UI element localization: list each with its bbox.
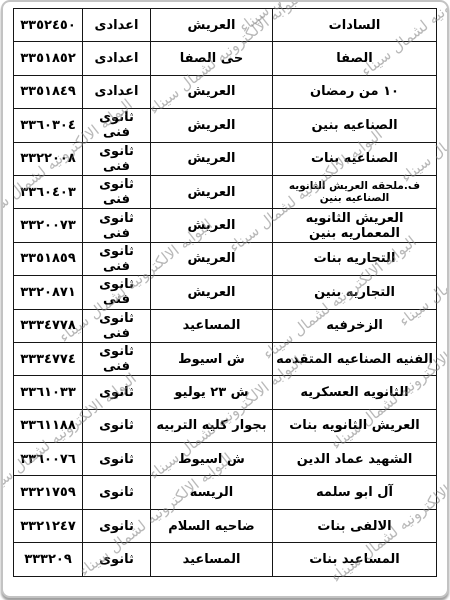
school-phone-cell: ٣٣٥٢٤٥٠	[14, 9, 83, 42]
school-phone-cell: ٣٣٣٢٠٩	[14, 543, 83, 576]
school-phone-cell: ٣٣٦٠٣٠٤	[14, 109, 83, 142]
table-row: الشهيد عماد الدين ش اسيوط ثانوى ٣٣٦٠٠٧٦	[14, 443, 437, 476]
table-row: الصفا حى الصفا اعدادى ٣٣٥١٨٥٢	[14, 42, 437, 75]
school-location-cell: بجوار كليه التربيه	[151, 409, 273, 442]
school-location-cell: الريسه	[151, 476, 273, 509]
school-location-cell: العريش	[151, 209, 273, 242]
table-row: السادات العريش اعدادى ٣٣٥٢٤٥٠	[14, 9, 437, 42]
table-row: الالفى بنات ضاحيه السلام ثانوى ٣٣٢١٢٤٧	[14, 509, 437, 542]
school-phone-cell: ٣٣٦١٠٣٣	[14, 376, 83, 409]
school-location-cell: المساعيد	[151, 309, 273, 342]
school-type-cell: ثانوى	[83, 476, 151, 509]
school-type-cell: ثانوى فنى	[83, 109, 151, 142]
school-phone-cell: ٣٣٦٠٤٠٣	[14, 175, 83, 208]
school-location-cell: العريش	[151, 276, 273, 309]
table-row: الصناعيه بنات العريش ثانوى فنى ٣٣٢٢٠٠٨	[14, 142, 437, 175]
school-type-cell: ثانوى فنى	[83, 175, 151, 208]
school-type-cell: ثانوى فنى	[83, 142, 151, 175]
school-type-cell: ثانوى فنى	[83, 209, 151, 242]
school-phone-cell: ٣٣٣٤٧٧٨	[14, 309, 83, 342]
school-type-cell: ثانوى فنى	[83, 342, 151, 375]
school-phone-cell: ٣٣٦٠٠٧٦	[14, 443, 83, 476]
school-type-cell: اعدادى	[83, 42, 151, 75]
school-type-cell: اعدادى	[83, 75, 151, 108]
table-row: التجاريه بنين العريش ثانوى فنى ٣٣٢٠٨٧١	[14, 276, 437, 309]
table-row: آل ابو سلمه الريسه ثانوى ٣٣٢١٧٥٩	[14, 476, 437, 509]
school-location-cell: ضاحيه السلام	[151, 509, 273, 542]
school-name-cell: الالفى بنات	[273, 509, 437, 542]
school-type-cell: ثانوى	[83, 543, 151, 576]
school-name-cell: التجاريه بنين	[273, 276, 437, 309]
school-name-cell: ١٠ من رمضان	[273, 75, 437, 108]
table-row: الصناعيه بنين العريش ثانوى فنى ٣٣٦٠٣٠٤	[14, 109, 437, 142]
school-phone-cell: ٣٣٢١٢٤٧	[14, 509, 83, 542]
table-row: العريش الثانويه بنات بجوار كليه التربيه …	[14, 409, 437, 442]
table-row: الفنيه الصناعيه المتقدمه ش اسيوط ثانوى ف…	[14, 342, 437, 375]
school-location-cell: العريش	[151, 109, 273, 142]
school-location-cell: العريش	[151, 142, 273, 175]
table-row: العريش الثانويه المعماريه بنين العريش ثا…	[14, 209, 437, 242]
school-type-cell: ثانوى	[83, 443, 151, 476]
school-type-cell: ثانوى فنى	[83, 242, 151, 275]
school-phone-cell: ٣٣٥١٨٤٩	[14, 75, 83, 108]
school-name-cell: الشهيد عماد الدين	[273, 443, 437, 476]
school-name-cell: الصناعيه بنين	[273, 109, 437, 142]
school-phone-cell: ٣٣٢٠٠٧٣	[14, 209, 83, 242]
table-row: الزخرفيه المساعيد ثانوى فنى ٣٣٣٤٧٧٨	[14, 309, 437, 342]
school-location-cell: ش اسيوط	[151, 443, 273, 476]
table-row: المساعيد بنات المساعيد ثانوى ٣٣٣٢٠٩	[14, 543, 437, 576]
school-type-cell: ثانوى	[83, 409, 151, 442]
school-location-cell: العريش	[151, 9, 273, 42]
school-phone-cell: ٣٣٢١٧٥٩	[14, 476, 83, 509]
school-location-cell: العريش	[151, 75, 273, 108]
school-location-cell: ش ٢٣ يوليو	[151, 376, 273, 409]
school-name-cell: العريش الثانويه المعماريه بنين	[273, 209, 437, 242]
school-type-cell: ثانوى فنى	[83, 309, 151, 342]
school-phone-cell: ٣٣٥١٨٥٩	[14, 242, 83, 275]
school-name-cell: ف.ملحقه العريش الثانويه الصناعيه بنين	[273, 175, 437, 208]
school-phone-cell: ٣٣٢٠٨٧١	[14, 276, 83, 309]
scanned-page: السادات العريش اعدادى ٣٣٥٢٤٥٠ الصفا حى ا…	[1, 0, 449, 598]
school-location-cell: العريش	[151, 175, 273, 208]
school-name-cell: الثانويه العسكريه	[273, 376, 437, 409]
school-name-cell: الصفا	[273, 42, 437, 75]
school-phone-cell: ٣٣٢٢٠٠٨	[14, 142, 83, 175]
school-type-cell: ثانوى	[83, 376, 151, 409]
school-phone-cell: ٣٣٥١٨٥٢	[14, 42, 83, 75]
school-name-cell: التجاريه بنات	[273, 242, 437, 275]
school-location-cell: المساعيد	[151, 543, 273, 576]
school-location-cell: العريش	[151, 242, 273, 275]
school-location-cell: ش اسيوط	[151, 342, 273, 375]
school-name-cell: السادات	[273, 9, 437, 42]
school-name-cell: العريش الثانويه بنات	[273, 409, 437, 442]
table-row: ف.ملحقه العريش الثانويه الصناعيه بنين ال…	[14, 175, 437, 208]
school-type-cell: ثانوى	[83, 509, 151, 542]
table-row: التجاريه بنات العريش ثانوى فنى ٣٣٥١٨٥٩	[14, 242, 437, 275]
school-name-cell: آل ابو سلمه	[273, 476, 437, 509]
school-type-cell: اعدادى	[83, 9, 151, 42]
table-row: ١٠ من رمضان العريش اعدادى ٣٣٥١٨٤٩	[14, 75, 437, 108]
table-row: الثانويه العسكريه ش ٢٣ يوليو ثانوى ٣٣٦١٠…	[14, 376, 437, 409]
school-phone-cell: ٣٣٣٤٧٧٤	[14, 342, 83, 375]
school-location-cell: حى الصفا	[151, 42, 273, 75]
school-name-cell: المساعيد بنات	[273, 543, 437, 576]
schools-table: السادات العريش اعدادى ٣٣٥٢٤٥٠ الصفا حى ا…	[13, 8, 437, 577]
school-name-cell: الصناعيه بنات	[273, 142, 437, 175]
school-phone-cell: ٣٣٦١١٨٨	[14, 409, 83, 442]
school-name-cell: الزخرفيه	[273, 309, 437, 342]
school-type-cell: ثانوى فنى	[83, 276, 151, 309]
school-name-cell: الفنيه الصناعيه المتقدمه	[273, 342, 437, 375]
